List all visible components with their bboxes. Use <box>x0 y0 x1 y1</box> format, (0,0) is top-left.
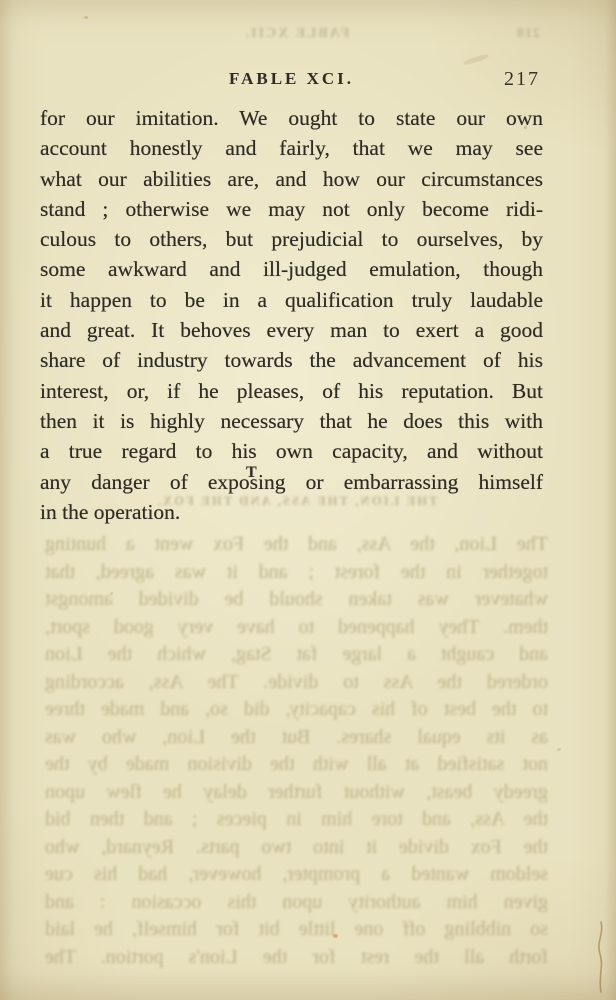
text-line: account honestly and fairly, that we may… <box>40 133 543 163</box>
fable-heading: FABLE XCI. <box>40 69 543 89</box>
text-line: share of industry towards the advancemen… <box>40 345 543 375</box>
text-line: any danger of exposing or embarrassing h… <box>40 467 543 497</box>
text-line: for our imitation. We ought to state our… <box>40 103 543 133</box>
text-line: in the operation. <box>40 497 543 527</box>
text-line: and great. It behoves every man to exert… <box>40 315 543 345</box>
printed-page-layer: FABLE XCI. 217 for our imitation. We oug… <box>0 0 616 1000</box>
text-line: interest, or, if he pleases, of his repu… <box>40 376 543 406</box>
text-line: it happen to be in a qualification truly… <box>40 285 543 315</box>
page-number: 217 <box>504 68 540 91</box>
text-line: what our abilities are, and how our circ… <box>40 164 543 194</box>
book-page: 218 FABLE XCII. THE LION, THE ASS, AND T… <box>0 0 616 1000</box>
running-head: FABLE XCI. 217 <box>40 69 543 95</box>
fable-application-paragraph: for our imitation. We ought to state our… <box>40 103 543 527</box>
text-line: stand ; otherwise we may not only become… <box>40 194 543 224</box>
printers-signature-mark: T <box>246 464 257 482</box>
text-line: a true regard to his own capacity, and w… <box>40 436 543 466</box>
text-line: some awkward and ill-judged emulation, t… <box>40 254 543 284</box>
text-line: then it is highly necessary that he does… <box>40 406 543 436</box>
text-line: culous to others, but prejudicial to our… <box>40 224 543 254</box>
